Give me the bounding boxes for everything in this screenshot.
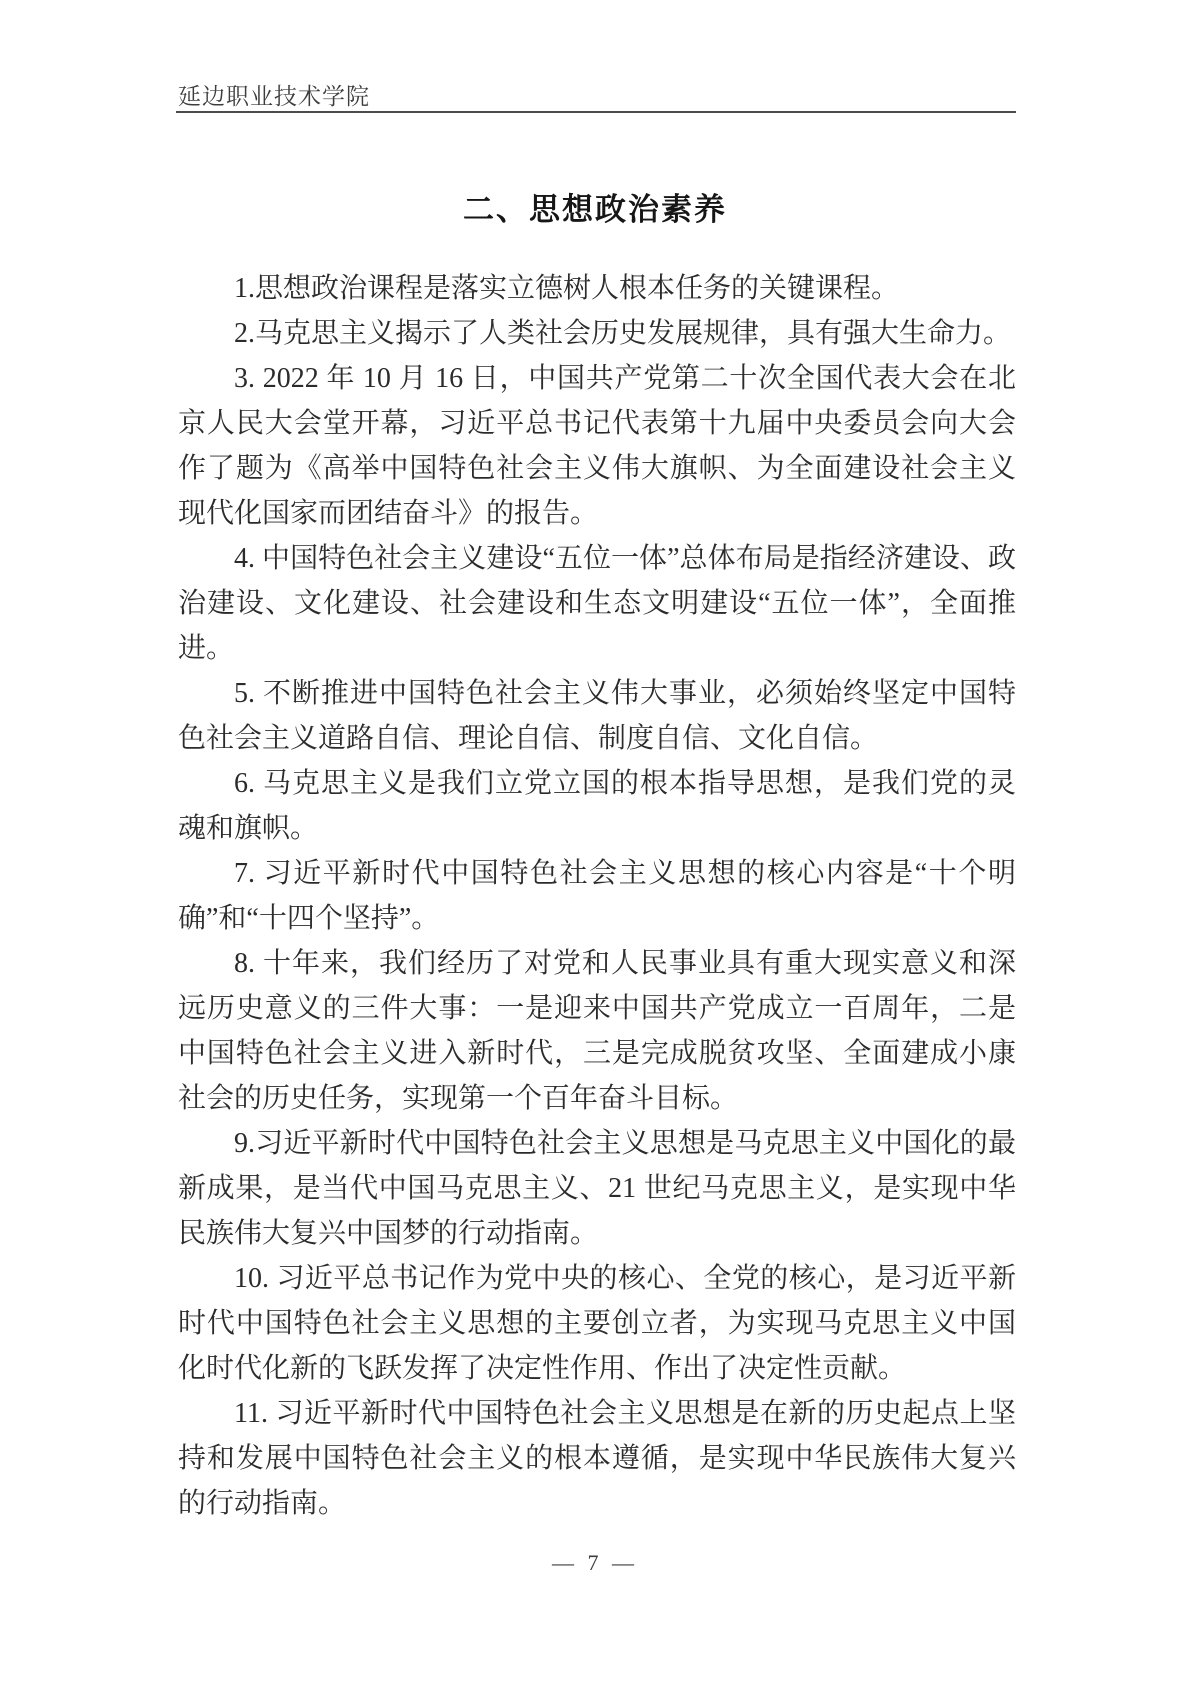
list-item: 8. 十年来，我们经历了对党和人民事业具有重大现实意义和深远历史意义的三件大事：…: [178, 941, 1016, 1121]
list-item: 11. 习近平新时代中国特色社会主义思想是在新的历史起点上坚持和发展中国特色社会…: [178, 1391, 1016, 1526]
list-item: 5. 不断推进中国特色社会主义伟大事业，必须始终坚定中国特色社会主义道路自信、理…: [178, 671, 1016, 761]
list-item: 6. 马克思主义是我们立党立国的根本指导思想，是我们党的灵魂和旗帜。: [178, 761, 1016, 851]
list-item: 9.习近平新时代中国特色社会主义思想是马克思主义中国化的最新成果，是当代中国马克…: [178, 1121, 1016, 1256]
list-item: 1.思想政治课程是落实立德树人根本任务的关键课程。: [178, 266, 1016, 311]
list-item: 10. 习近平总书记作为党中央的核心、全党的核心，是习近平新时代中国特色社会主义…: [178, 1256, 1016, 1391]
page-title: 二、思想政治素养: [0, 184, 1190, 229]
page-number: — 7 —: [0, 1550, 1190, 1576]
document-body: 1.思想政治课程是落实立德树人根本任务的关键课程。 2.马克思主义揭示了人类社会…: [178, 266, 1016, 1526]
list-item: 3. 2022 年 10 月 16 日，中国共产党第二十次全国代表大会在北京人民…: [178, 356, 1016, 536]
list-item: 7. 习近平新时代中国特色社会主义思想的核心内容是“十个明确”和“十四个坚持”。: [178, 851, 1016, 941]
document-page: 延边职业技术学院 二、思想政治素养 1.思想政治课程是落实立德树人根本任务的关键…: [0, 0, 1190, 1684]
list-item: 2.马克思主义揭示了人类社会历史发展规律，具有强大生命力。: [178, 311, 1016, 356]
header-school-name: 延边职业技术学院: [178, 78, 370, 111]
header-divider: [176, 111, 1016, 113]
list-item: 4. 中国特色社会主义建设“五位一体”总体布局是指经济建设、政治建设、文化建设、…: [178, 536, 1016, 671]
